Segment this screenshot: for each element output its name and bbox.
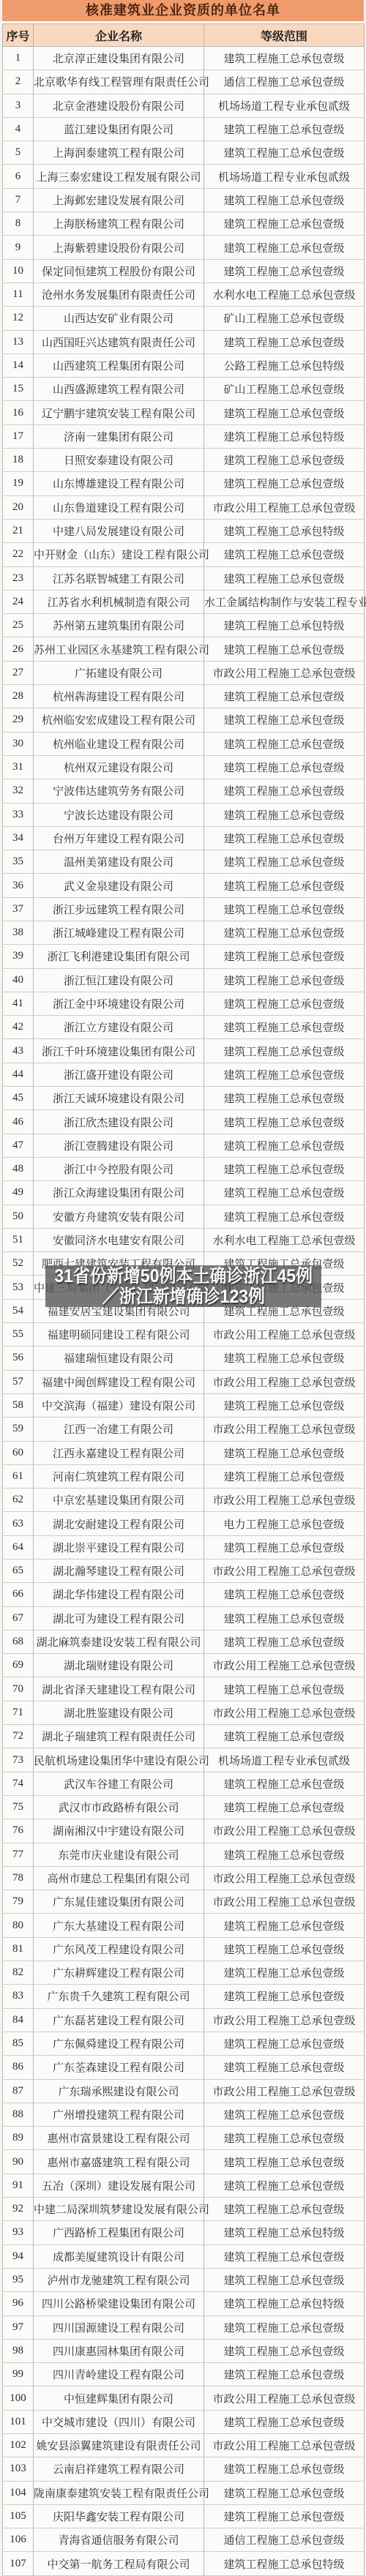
row-index-cell: 87 [3, 2079, 34, 2103]
row-index-cell: 105 [3, 2504, 34, 2528]
row-index-cell: 97 [3, 2315, 34, 2339]
company-name-cell: 杭州犇海建设工程有限公司 [34, 685, 204, 708]
row-index-cell: 20 [3, 495, 34, 519]
company-name-cell: 杭州临业建设工程有限公司 [34, 732, 204, 755]
grade-scope-cell: 建筑工程施工总承包特级 [204, 519, 365, 542]
table-row: 58中交滨海（福建）建设有限公司建筑工程施工总承包壹级 [3, 1393, 365, 1417]
row-index-cell: 61 [3, 1464, 34, 1488]
grade-scope-cell: 建筑工程施工总承包壹级 [204, 2315, 365, 2339]
row-index-cell: 32 [3, 779, 34, 803]
grade-scope-cell: 建筑工程施工总承包壹级 [204, 2056, 365, 2079]
table-row: 69湖北瑞财建设有限公司市政公用工程施工总承包壹级 [3, 1654, 365, 1677]
row-index-cell: 107 [3, 2552, 34, 2575]
company-name-cell: 湖南湘汉中宇建设有限公司 [34, 1819, 204, 1843]
grade-scope-cell: 矿山工程施工总承包壹级 [204, 307, 365, 330]
company-name-cell: 湖北省泽天建建设工程有限公司 [34, 1677, 204, 1701]
company-name-cell: 宁波长达建设有限公司 [34, 803, 204, 826]
company-name-cell: 惠州市富景建设工程有限公司 [34, 2127, 204, 2150]
company-name-cell: 山东博雄建设工程有限公司 [34, 472, 204, 495]
grade-scope-cell: 建筑工程施工总承包壹级 [204, 1914, 365, 1937]
row-index-cell: 85 [3, 2032, 34, 2055]
table-row: 105庆阳华鑫安装工程有限公司建筑工程施工总承包壹级 [3, 2504, 365, 2528]
grade-scope-cell: 建筑工程施工总承包壹级 [204, 2268, 365, 2291]
table-row: 13山西国旺兴达建筑有限责任公司建筑工程施工总承包壹级 [3, 330, 365, 353]
company-name-cell: 四川青岭建设工程有限公司 [34, 2363, 204, 2386]
grade-scope-cell: 建筑工程施工总承包壹级 [204, 1725, 365, 1748]
company-name-cell: 福建中闽创辉建设工程有限公司 [34, 1370, 204, 1393]
company-name-cell: 浙江飞利港建设集团有限公司 [34, 945, 204, 968]
company-name-cell: 湖北可为建设工程有限公司 [34, 1606, 204, 1630]
company-name-cell: 中建二局深圳筑梦建设发展有限公司 [34, 2198, 204, 2221]
row-index-cell: 19 [3, 472, 34, 495]
company-name-cell: 济南一建集团有限公司 [34, 424, 204, 448]
company-name-cell: 惠州市嘉盛建筑工程有限公司 [34, 2150, 204, 2173]
row-index-cell: 82 [3, 1961, 34, 1985]
grade-scope-cell: 建筑工程施工总承包壹级 [204, 1772, 365, 1795]
row-index-cell: 104 [3, 2481, 34, 2504]
company-name-cell: 浙江天诚环境建设有限公司 [34, 1087, 204, 1110]
row-index-cell: 58 [3, 1393, 34, 1417]
row-index-cell: 102 [3, 2433, 34, 2457]
grade-scope-cell: 建筑工程施工总承包壹级 [204, 968, 365, 992]
row-index-cell: 81 [3, 1937, 34, 1961]
row-index-cell: 51 [3, 1228, 34, 1251]
company-name-cell: 北京歌华有线工程管理有限责任公司 [34, 70, 204, 94]
row-index-cell: 86 [3, 2056, 34, 2079]
row-index-cell: 63 [3, 1512, 34, 1535]
table-row: 21中建八局发展建设有限公司建筑工程施工总承包特级 [3, 519, 365, 542]
table-row: 85广东佩舜建设工程有限公司建筑工程施工总承包壹级 [3, 2032, 365, 2055]
table-row: 86广东荃森建设工程有限公司建筑工程施工总承包壹级 [3, 2056, 365, 2079]
table-row: 75武汉市市政路桥有限公司建筑工程施工总承包壹级 [3, 1795, 365, 1819]
row-index-cell: 31 [3, 755, 34, 779]
grade-scope-cell: 建筑工程施工总承包壹级 [204, 779, 365, 803]
table-row: 78高州市建总工程集团有限公司市政公用工程施工总承包壹级 [3, 1866, 365, 1890]
col-header-company: 企业名称 [34, 24, 204, 47]
grade-scope-cell: 建筑工程施工总承包壹级 [204, 1157, 365, 1180]
grade-scope-cell: 建筑工程施工总承包壹级 [204, 1985, 365, 2008]
grade-scope-cell: 市政公用工程施工总承包壹级 [204, 1560, 365, 1583]
table-row: 71湖北胜鉴建设有限公司市政公用工程施工总承包壹级 [3, 1701, 365, 1724]
table-row: 28杭州犇海建设工程有限公司建筑工程施工总承包壹级 [3, 685, 365, 708]
table-row: 104陇南康泰建筑安装工程有限责任公司建筑工程施工总承包壹级 [3, 2481, 365, 2504]
table-row: 20山东鲁道建设工程有限公司市政公用工程施工总承包壹级 [3, 495, 365, 519]
grade-scope-cell: 建筑工程施工总承包壹级 [204, 1843, 365, 1866]
grade-scope-cell: 建筑工程施工总承包壹级 [204, 1606, 365, 1630]
row-index-cell: 22 [3, 543, 34, 566]
grade-scope-cell: 建筑工程施工总承包壹级 [204, 2150, 365, 2173]
grade-scope-cell: 建筑工程施工总承包壹级 [204, 732, 365, 755]
table-row: 46浙江欣杰建设有限公司建筑工程施工总承包壹级 [3, 1110, 365, 1134]
company-name-cell: 上海紫碧建设股份有限公司 [34, 236, 204, 259]
grade-scope-cell: 建筑工程施工总承包壹级 [204, 1937, 365, 1961]
company-name-cell: 广东磊茗建设工程有限公司 [34, 2008, 204, 2032]
row-index-cell: 72 [3, 1725, 34, 1748]
grade-scope-cell: 建筑工程施工总承包壹级 [204, 1016, 365, 1039]
company-name-cell: 广州增投建筑工程有限公司 [34, 2103, 204, 2126]
row-index-cell: 80 [3, 1914, 34, 1937]
grade-scope-cell: 建筑工程施工总承包壹级 [204, 755, 365, 779]
table-row: 22中开财金（山东）建设工程有限公司建筑工程施工总承包壹级 [3, 543, 365, 566]
row-index-cell: 66 [3, 1583, 34, 1606]
grade-scope-cell: 建筑工程施工总承包壹级 [204, 2127, 365, 2150]
row-index-cell: 91 [3, 2173, 34, 2197]
company-name-cell: 湖北安耐建设工程有限公司 [34, 1512, 204, 1535]
table-row: 48浙江中今控股有限公司建筑工程施工总承包壹级 [3, 1157, 365, 1180]
grade-scope-cell: 水工金属结构制作与安装工程专业承包壹级 [204, 590, 365, 613]
grade-scope-cell: 建筑工程施工总承包壹级 [204, 992, 365, 1015]
grade-scope-cell: 市政公用工程施工总承包壹级 [204, 495, 365, 519]
company-name-cell: 广东晁佳建设集团有限公司 [34, 1890, 204, 1914]
grade-scope-cell: 建筑工程施工总承包壹级 [204, 212, 365, 236]
table-row: 91五冶（深圳）建设发展有限公司建筑工程施工总承包壹级 [3, 2173, 365, 2197]
grade-scope-cell: 市政公用工程施工总承包壹级 [204, 2008, 365, 2032]
company-name-cell: 中建八局发展建设有限公司 [34, 519, 204, 542]
company-name-cell: 广西路桥工程集团有限公司 [34, 2221, 204, 2244]
row-index-cell: 52 [3, 1252, 34, 1276]
company-name-cell: 保定同恒建筑工程股份有限公司 [34, 259, 204, 282]
company-name-cell: 上海邺宏建设发展有限公司 [34, 188, 204, 211]
row-index-cell: 90 [3, 2150, 34, 2173]
grade-scope-cell: 建筑工程施工总承包壹级 [204, 1087, 365, 1110]
row-index-cell: 55 [3, 1323, 34, 1347]
grade-scope-cell: 建筑工程施工总承包特级 [204, 2221, 365, 2244]
row-index-cell: 5 [3, 141, 34, 165]
company-name-cell: 中交滨海（福建）建设有限公司 [34, 1393, 204, 1417]
news-overlay: 31省份新增50例本土确诊浙江45例 ／浙江新增确诊123例 [45, 1265, 321, 1307]
company-name-cell: 日照安泰建设有限公司 [34, 449, 204, 472]
company-name-cell: 沧州水务发展集团有限责任公司 [34, 282, 204, 306]
company-name-cell: 台州万年建设工程有限公司 [34, 826, 204, 850]
company-name-cell: 浙江恒江建设有限公司 [34, 968, 204, 992]
row-index-cell: 29 [3, 708, 34, 732]
table-row: 25苏州第五建筑集团有限公司建筑工程施工总承包特级 [3, 614, 365, 637]
grade-scope-cell: 市政公用工程施工总承包壹级 [204, 1418, 365, 1441]
table-row: 44浙江盛开建设有限公司建筑工程施工总承包壹级 [3, 1063, 365, 1086]
row-index-cell: 57 [3, 1370, 34, 1393]
row-index-cell: 98 [3, 2339, 34, 2362]
row-index-cell: 83 [3, 1985, 34, 2008]
company-name-cell: 江西永嘉建设工程有限公司 [34, 1441, 204, 1464]
table-row: 19山东博雄建设工程有限公司建筑工程施工总承包壹级 [3, 472, 365, 495]
table-row: 98四川康惠园林集团有限公司建筑工程施工总承包壹级 [3, 2339, 365, 2362]
company-name-cell: 武汉市市政路桥有限公司 [34, 1795, 204, 1819]
company-name-cell: 四川公路桥梁建设集团有限公司 [34, 2292, 204, 2315]
grade-scope-cell: 市政公用工程施工总承包壹级 [204, 1819, 365, 1843]
table-row: 35温州美第建设有限公司建筑工程施工总承包壹级 [3, 850, 365, 874]
company-name-cell: 河南仁筑建筑工程有限公司 [34, 1464, 204, 1488]
row-index-cell: 2 [3, 70, 34, 94]
row-index-cell: 23 [3, 566, 34, 590]
company-name-cell: 浙江欣杰建设有限公司 [34, 1110, 204, 1134]
table-row: 63湖北安耐建设工程有限公司电力工程施工总承包壹级 [3, 1512, 365, 1535]
table-row: 9上海紫碧建设股份有限公司建筑工程施工总承包壹级 [3, 236, 365, 259]
table-row: 65湖北瀚琴建设工程有限公司市政公用工程施工总承包壹级 [3, 1560, 365, 1583]
table-row: 81广东风茂工程建设有限公司建筑工程施工总承包壹级 [3, 1937, 365, 1961]
grade-scope-cell: 建筑工程施工总承包壹级 [204, 1110, 365, 1134]
company-name-cell: 云南启祥建筑工程有限公司 [34, 2457, 204, 2481]
table-row: 107中交第一航务工程局有限公司建筑工程施工总承包特级 [3, 2552, 365, 2575]
table-row: 18日照安泰建设有限公司建筑工程施工总承包壹级 [3, 449, 365, 472]
grade-scope-cell: 建筑工程施工总承包壹级 [204, 47, 365, 70]
grade-scope-cell: 机场场道工程专业承包贰级 [204, 165, 365, 188]
row-index-cell: 60 [3, 1441, 34, 1464]
row-index-cell: 76 [3, 1819, 34, 1843]
row-index-cell: 30 [3, 732, 34, 755]
company-name-cell: 山西达安矿业有限公司 [34, 307, 204, 330]
company-name-cell: 浙江千叶环境建设集团有限公司 [34, 1039, 204, 1063]
table-row: 23江苏名联智城建工有限公司建筑工程施工总承包壹级 [3, 566, 365, 590]
company-name-cell: 广东荃森建设工程有限公司 [34, 2056, 204, 2079]
grade-scope-cell: 建筑工程施工总承包壹级 [204, 2103, 365, 2126]
row-index-cell: 18 [3, 449, 34, 472]
grade-scope-cell: 建筑工程施工总承包特级 [204, 614, 365, 637]
row-index-cell: 8 [3, 212, 34, 236]
grade-scope-cell: 建筑工程施工总承包壹级 [204, 1205, 365, 1228]
table-row: 2北京歌华有线工程管理有限责任公司通信工程施工总承包壹级 [3, 70, 365, 94]
row-index-cell: 75 [3, 1795, 34, 1819]
table-row: 93广西路桥工程集团有限公司建筑工程施工总承包特级 [3, 2221, 365, 2244]
grade-scope-cell: 建筑工程施工总承包壹级 [204, 401, 365, 424]
row-index-cell: 27 [3, 661, 34, 684]
table-row: 66湖北华伟建设工程有限公司建筑工程施工总承包壹级 [3, 1583, 365, 1606]
table-row: 62中京宏基建设集团有限公司市政公用工程施工总承包壹级 [3, 1489, 365, 1512]
row-index-cell: 54 [3, 1299, 34, 1322]
row-index-cell: 16 [3, 401, 34, 424]
table-row: 82广东耕辉建设工程有限公司建筑工程施工总承包壹级 [3, 1961, 365, 1985]
grade-scope-cell: 机场场道工程专业承包贰级 [204, 1748, 365, 1772]
grade-scope-cell: 建筑工程施工总承包壹级 [204, 472, 365, 495]
table-row: 73民航机场建设集团华中建设有限公司机场场道工程专业承包贰级 [3, 1748, 365, 1772]
row-index-cell: 13 [3, 330, 34, 353]
company-name-cell: 湖北麻筑泰建设安装工程有限公司 [34, 1630, 204, 1653]
table-row: 102姚安县添翼建筑建设有限责任公司市政公用工程施工总承包壹级 [3, 2433, 365, 2457]
table-row: 72湖北子瑞建筑工程有限责任公司建筑工程施工总承包壹级 [3, 1725, 365, 1748]
company-name-cell: 广东瑞承熙建设有限公司 [34, 2079, 204, 2103]
grade-scope-cell: 机场场道工程专业承包贰级 [204, 94, 365, 117]
table-row: 36武义金泉建设有限公司建筑工程施工总承包壹级 [3, 874, 365, 897]
grade-scope-cell: 建筑工程施工总承包壹级 [204, 330, 365, 353]
grade-scope-cell: 市政公用工程施工总承包壹级 [204, 2079, 365, 2103]
table-row: 10保定同恒建筑工程股份有限公司建筑工程施工总承包壹级 [3, 259, 365, 282]
table-row: 37浙江步远建筑工程有限公司建筑工程施工总承包壹级 [3, 897, 365, 921]
grade-scope-cell: 建筑工程施工总承包特级 [204, 424, 365, 448]
company-name-cell: 浙江壹腾建设有限公司 [34, 1134, 204, 1157]
company-name-cell: 民航机场建设集团华中建设有限公司 [34, 1748, 204, 1772]
grade-scope-cell: 建筑工程施工总承包壹级 [204, 2198, 365, 2221]
company-name-cell: 浙江盛开建设有限公司 [34, 1063, 204, 1086]
company-name-cell: 广东耕辉建设工程有限公司 [34, 1961, 204, 1985]
grade-scope-cell: 建筑工程施工总承包壹级 [204, 1464, 365, 1488]
grade-scope-cell: 建筑工程施工总承包壹级 [204, 1134, 365, 1157]
company-name-cell: 杭州双元建设有限公司 [34, 755, 204, 779]
row-index-cell: 95 [3, 2268, 34, 2291]
table-row: 11沧州水务发展集团有限责任公司水利水电工程施工总承包壹级 [3, 282, 365, 306]
row-index-cell: 89 [3, 2127, 34, 2150]
row-index-cell: 77 [3, 1843, 34, 1866]
row-index-cell: 3 [3, 94, 34, 117]
table-row: 90惠州市嘉盛建筑工程有限公司建筑工程施工总承包壹级 [3, 2150, 365, 2173]
table-row: 24江苏省水利机械制造有限公司水工金属结构制作与安装工程专业承包壹级 [3, 590, 365, 613]
row-index-cell: 47 [3, 1134, 34, 1157]
table-row: 39浙江飞利港建设集团有限公司建筑工程施工总承包壹级 [3, 945, 365, 968]
grade-scope-cell: 建筑工程施工总承包壹级 [204, 1441, 365, 1464]
grade-scope-cell: 电力工程施工总承包壹级 [204, 1512, 365, 1535]
table-row: 61河南仁筑建筑工程有限公司建筑工程施工总承包壹级 [3, 1464, 365, 1488]
grade-scope-cell: 建筑工程施工总承包壹级 [204, 708, 365, 732]
grade-scope-cell: 建筑工程施工总承包壹级 [204, 1795, 365, 1819]
table-row: 38浙江城峰建设工程有限公司建筑工程施工总承包壹级 [3, 921, 365, 944]
company-name-cell: 中恒建辉集团有限公司 [34, 2386, 204, 2410]
row-index-cell: 15 [3, 378, 34, 401]
company-name-cell: 福建瑞恒建设有限公司 [34, 1347, 204, 1370]
table-row: 106青海省通信服务有限公司通信工程施工总承包壹级 [3, 2528, 365, 2552]
company-name-cell: 四川国源建设工程有限公司 [34, 2315, 204, 2339]
row-index-cell: 44 [3, 1063, 34, 1086]
company-name-cell: 浙江立方建设有限公司 [34, 1016, 204, 1039]
table-row: 31杭州双元建设有限公司建筑工程施工总承包壹级 [3, 755, 365, 779]
table-row: 12山西达安矿业有限公司矿山工程施工总承包壹级 [3, 307, 365, 330]
grade-scope-cell: 建筑工程施工总承包壹级 [204, 259, 365, 282]
table-row: 17济南一建集团有限公司建筑工程施工总承包特级 [3, 424, 365, 448]
company-name-cell: 东莞市庆业建设有限公司 [34, 1843, 204, 1866]
grade-scope-cell: 市政公用工程施工总承包壹级 [204, 1654, 365, 1677]
company-name-cell: 浙江中今控股有限公司 [34, 1157, 204, 1180]
row-index-cell: 34 [3, 826, 34, 850]
company-name-cell: 苏州第五建筑集团有限公司 [34, 614, 204, 637]
row-index-cell: 33 [3, 803, 34, 826]
row-index-cell: 71 [3, 1701, 34, 1724]
table-row: 27广拓建设有限公司市政公用工程施工总承包壹级 [3, 661, 365, 684]
table-row: 32宁波伟达建筑劳务有限公司建筑工程施工总承包壹级 [3, 779, 365, 803]
table-row: 83广东贵千久建筑工程有限公司建筑工程施工总承包壹级 [3, 1985, 365, 2008]
grade-scope-cell: 市政公用工程施工总承包壹级 [204, 1370, 365, 1393]
grade-scope-cell: 建筑工程施工总承包壹级 [204, 874, 365, 897]
grade-scope-cell: 建筑工程施工总承包壹级 [204, 1630, 365, 1653]
grade-scope-cell: 市政公用工程施工总承包壹级 [204, 2386, 365, 2410]
row-index-cell: 38 [3, 921, 34, 944]
grade-scope-cell: 建筑工程施工总承包壹级 [204, 850, 365, 874]
grade-scope-cell: 建筑工程施工总承包壹级 [204, 803, 365, 826]
grade-scope-cell: 建筑工程施工总承包壹级 [204, 826, 365, 850]
grade-scope-cell: 建筑工程施工总承包壹级 [204, 236, 365, 259]
grade-scope-cell: 水利水电工程施工总承包壹级 [204, 282, 365, 306]
table-row: 99四川青岭建设工程有限公司建筑工程施工总承包壹级 [3, 2363, 365, 2386]
grade-scope-cell: 建筑工程施工总承包壹级 [204, 543, 365, 566]
table-row: 87广东瑞承熙建设有限公司市政公用工程施工总承包壹级 [3, 2079, 365, 2103]
table-row: 77东莞市庆业建设有限公司建筑工程施工总承包壹级 [3, 1843, 365, 1866]
row-index-cell: 70 [3, 1677, 34, 1701]
grade-scope-cell: 建筑工程施工总承包壹级 [204, 1961, 365, 1985]
document-page: 核准建筑业企业资质的单位名单 序号 企业名称 等级范围 1北京淳正建设集团有限公… [0, 0, 366, 2576]
table-row: 101中交城市建设（四川）有限公司建筑工程施工总承包壹级 [3, 2410, 365, 2433]
grade-scope-cell: 建筑工程施工总承包壹级 [204, 141, 365, 165]
company-name-cell: 宁波伟达建筑劳务有限公司 [34, 779, 204, 803]
table-row: 15山西盛源建筑工程有限公司矿山工程施工总承包壹级 [3, 378, 365, 401]
grade-scope-cell: 建筑工程施工总承包壹级 [204, 566, 365, 590]
grade-scope-cell: 建筑工程施工总承包壹级 [204, 188, 365, 211]
row-index-cell: 39 [3, 945, 34, 968]
grade-scope-cell: 建筑工程施工总承包壹级 [204, 1393, 365, 1417]
company-name-cell: 江苏省水利机械制造有限公司 [34, 590, 204, 613]
grade-scope-cell: 市政公用工程施工总承包壹级 [204, 2433, 365, 2457]
grade-scope-cell: 矿山工程施工总承包壹级 [204, 378, 365, 401]
row-index-cell: 12 [3, 307, 34, 330]
company-name-cell: 广东风茂工程建设有限公司 [34, 1937, 204, 1961]
row-index-cell: 28 [3, 685, 34, 708]
company-name-cell: 高州市建总工程集团有限公司 [34, 1866, 204, 1890]
grade-scope-cell: 市政公用工程施工总承包壹级 [204, 1890, 365, 1914]
table-row: 45浙江天诚环境建设有限公司建筑工程施工总承包壹级 [3, 1087, 365, 1110]
table-row: 42浙江立方建设有限公司建筑工程施工总承包壹级 [3, 1016, 365, 1039]
row-index-cell: 100 [3, 2386, 34, 2410]
company-name-cell: 山西盛源建筑工程有限公司 [34, 378, 204, 401]
row-index-cell: 73 [3, 1748, 34, 1772]
company-name-cell: 山东鲁道建设工程有限公司 [34, 495, 204, 519]
row-index-cell: 103 [3, 2457, 34, 2481]
company-name-cell: 广拓建设有限公司 [34, 661, 204, 684]
row-index-cell: 43 [3, 1039, 34, 1063]
company-name-cell: 中交城市建设（四川）有限公司 [34, 2410, 204, 2433]
row-index-cell: 4 [3, 117, 34, 141]
row-index-cell: 50 [3, 1205, 34, 1228]
company-name-cell: 湖北子瑞建筑工程有限责任公司 [34, 1725, 204, 1748]
row-index-cell: 42 [3, 1016, 34, 1039]
row-index-cell: 7 [3, 188, 34, 211]
table-row: 26苏州工业园区永基建筑工程有限公司建筑工程施工总承包壹级 [3, 637, 365, 661]
row-index-cell: 21 [3, 519, 34, 542]
grade-scope-cell: 市政公用工程施工总承包壹级 [204, 1323, 365, 1347]
row-index-cell: 96 [3, 2292, 34, 2315]
company-name-cell: 江苏名联智城建工有限公司 [34, 566, 204, 590]
table-row: 50安徽方舟建筑安装有限公司建筑工程施工总承包壹级 [3, 1205, 365, 1228]
table-row: 74武汉车谷建工有限公司建筑工程施工总承包壹级 [3, 1772, 365, 1795]
row-index-cell: 24 [3, 590, 34, 613]
row-index-cell: 11 [3, 282, 34, 306]
grade-scope-cell: 建筑工程施工总承包壹级 [204, 2504, 365, 2528]
page-title: 核准建筑业企业资质的单位名单 [2, 0, 364, 21]
table-row: 8上海朕杨建筑工程有限公司建筑工程施工总承包壹级 [3, 212, 365, 236]
company-name-cell: 湖北崇平建设工程有限公司 [34, 1535, 204, 1559]
row-index-cell: 92 [3, 2198, 34, 2221]
grade-scope-cell: 建筑工程施工总承包壹级 [204, 2339, 365, 2362]
table-row: 55福建明硕同建设工程有限公司市政公用工程施工总承包壹级 [3, 1323, 365, 1347]
company-name-cell: 福建明硕同建设工程有限公司 [34, 1323, 204, 1347]
row-index-cell: 53 [3, 1276, 34, 1299]
row-index-cell: 62 [3, 1489, 34, 1512]
grade-scope-cell: 通信工程施工总承包壹级 [204, 70, 365, 94]
row-index-cell: 49 [3, 1181, 34, 1205]
company-name-cell: 武汉车谷建工有限公司 [34, 1772, 204, 1795]
grade-scope-cell: 市政公用工程施工总承包壹级 [204, 1701, 365, 1724]
company-name-cell: 山西建筑工程集团有限公司 [34, 353, 204, 377]
row-index-cell: 9 [3, 236, 34, 259]
grade-scope-cell: 建筑工程施工总承包壹级 [204, 2410, 365, 2433]
company-name-cell: 江西一冶建工有限公司 [34, 1418, 204, 1441]
table-row: 80广东大基建设工程有限公司建筑工程施工总承包壹级 [3, 1914, 365, 1937]
company-name-cell: 浙江金中环境建设有限公司 [34, 992, 204, 1015]
grade-scope-cell: 建筑工程施工总承包壹级 [204, 1677, 365, 1701]
table-row: 97四川国源建设工程有限公司建筑工程施工总承包壹级 [3, 2315, 365, 2339]
row-index-cell: 74 [3, 1772, 34, 1795]
table-row: 30杭州临业建设工程有限公司建筑工程施工总承包壹级 [3, 732, 365, 755]
company-name-cell: 中开财金（山东）建设工程有限公司 [34, 543, 204, 566]
grade-scope-cell: 建筑工程施工总承包特级 [204, 2552, 365, 2575]
row-index-cell: 68 [3, 1630, 34, 1653]
table-row: 14山西建筑工程集团有限公司公路工程施工总承包特级 [3, 353, 365, 377]
grade-scope-cell: 建筑工程施工总承包壹级 [204, 117, 365, 141]
company-name-cell: 上海朕杨建筑工程有限公司 [34, 212, 204, 236]
